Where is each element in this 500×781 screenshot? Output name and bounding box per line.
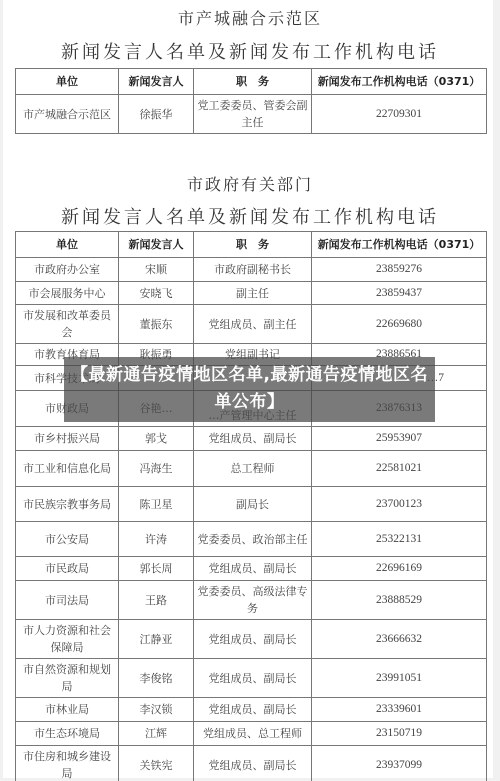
cell-unit: 市人力资源和社会保障局 bbox=[16, 620, 119, 659]
cell-phone: 23339601 bbox=[312, 698, 487, 722]
cell-spokesperson: 董振东 bbox=[119, 305, 194, 344]
section2-table: 单位 新闻发言人 职 务 新闻发布工作机构电话（0371） 市政府办公室宋顺市政… bbox=[15, 231, 487, 781]
cell-unit: 市民政局 bbox=[16, 557, 119, 581]
cell-spokesperson: 安晓飞 bbox=[119, 282, 194, 305]
table-row: 市生态环境局江辉党组成员、总工程师23150719 bbox=[16, 722, 487, 746]
cell-phone: 23700123 bbox=[312, 487, 487, 522]
cell-position: 党组成员、总工程师 bbox=[194, 722, 312, 746]
cell-unit: 市司法局 bbox=[16, 581, 119, 620]
cell-unit: 市产城融合示范区 bbox=[16, 95, 119, 134]
table-row: 市人力资源和社会保障局江静亚党组成员、副局长23666632 bbox=[16, 620, 487, 659]
cell-position: 市政府副秘书长 bbox=[194, 258, 312, 282]
cell-phone: 25322131 bbox=[312, 522, 487, 557]
table-header-row: 单位 新闻发言人 职 务 新闻发布工作机构电话（0371） bbox=[16, 69, 487, 95]
cell-position: 总工程师 bbox=[194, 451, 312, 487]
table-header-row: 单位 新闻发言人 职 务 新闻发布工作机构电话（0371） bbox=[16, 232, 487, 258]
cell-phone: 23859276 bbox=[312, 258, 487, 282]
cell-phone: 23859437 bbox=[312, 282, 487, 305]
cell-spokesperson: 徐振华 bbox=[119, 95, 194, 134]
cell-unit: 市公安局 bbox=[16, 522, 119, 557]
cell-phone: 22709301 bbox=[312, 95, 487, 134]
cell-unit: 市自然资源和规划局 bbox=[16, 659, 119, 698]
header-position: 职 务 bbox=[194, 232, 312, 258]
section1-table: 单位 新闻发言人 职 务 新闻发布工作机构电话（0371） 市产城融合示范区 徐… bbox=[15, 68, 487, 134]
cell-unit: 市住房和城乡建设局 bbox=[16, 746, 119, 781]
table-row: 市自然资源和规划局李俊铭党组成员、副局长23991051 bbox=[16, 659, 487, 698]
cell-spokesperson: 宋顺 bbox=[119, 258, 194, 282]
header-phone: 新闻发布工作机构电话（0371） bbox=[312, 69, 487, 95]
cell-spokesperson: 江静亚 bbox=[119, 620, 194, 659]
cell-spokesperson: 冯海生 bbox=[119, 451, 194, 487]
cell-position: 副局长 bbox=[194, 487, 312, 522]
cell-position: 党组成员、副局长 bbox=[194, 698, 312, 722]
cell-phone: 23937099 bbox=[312, 746, 487, 781]
header-unit: 单位 bbox=[16, 69, 119, 95]
cell-position: 党工委委员、管委会副主任 bbox=[194, 95, 312, 134]
headline-overlay-banner: 【最新通告疫情地区名单,最新通告疫情地区名单公布】 bbox=[64, 357, 435, 422]
section2-title: 市政府有关部门 bbox=[0, 172, 500, 195]
cell-position: 党委委员、高级法律专务 bbox=[194, 581, 312, 620]
cell-position: 党组成员、副局长 bbox=[194, 427, 312, 451]
cell-spokesperson: 陈卫星 bbox=[119, 487, 194, 522]
cell-position: 党组成员、副局长 bbox=[194, 620, 312, 659]
cell-spokesperson: 关铁宪 bbox=[119, 746, 194, 781]
table-row: 市乡村振兴局郭戈党组成员、副局长25953907 bbox=[16, 427, 487, 451]
cell-phone: 22581021 bbox=[312, 451, 487, 487]
cell-unit: 市发展和改革委员会 bbox=[16, 305, 119, 344]
cell-unit: 市林业局 bbox=[16, 698, 119, 722]
cell-spokesperson: 郭戈 bbox=[119, 427, 194, 451]
cell-phone: 25953907 bbox=[312, 427, 487, 451]
header-position: 职 务 bbox=[194, 69, 312, 95]
cell-position: 副主任 bbox=[194, 282, 312, 305]
cell-unit: 市乡村振兴局 bbox=[16, 427, 119, 451]
section2-subtitle: 新闻发言人名单及新闻发布工作机构电话 bbox=[0, 203, 500, 229]
cell-unit: 市民族宗教事务局 bbox=[16, 487, 119, 522]
table-row: 市民族宗教事务局陈卫星副局长23700123 bbox=[16, 487, 487, 522]
cell-spokesperson: 李汉锁 bbox=[119, 698, 194, 722]
cell-phone: 22696169 bbox=[312, 557, 487, 581]
cell-phone: 23888529 bbox=[312, 581, 487, 620]
cell-spokesperson: 江辉 bbox=[119, 722, 194, 746]
table-row: 市会展服务中心安晓飞副主任23859437 bbox=[16, 282, 487, 305]
cell-spokesperson: 郭长周 bbox=[119, 557, 194, 581]
cell-position: 党组成员、副局长 bbox=[194, 557, 312, 581]
header-spokesperson: 新闻发言人 bbox=[119, 232, 194, 258]
cell-phone: 23666632 bbox=[312, 620, 487, 659]
cell-spokesperson: 许涛 bbox=[119, 522, 194, 557]
header-phone: 新闻发布工作机构电话（0371） bbox=[312, 232, 487, 258]
cell-unit: 市生态环境局 bbox=[16, 722, 119, 746]
table-row: 市产城融合示范区 徐振华 党工委委员、管委会副主任 22709301 bbox=[16, 95, 487, 134]
table-row: 市林业局李汉锁党组成员、副局长23339601 bbox=[16, 698, 487, 722]
table-row: 市司法局王路党委委员、高级法律专务23888529 bbox=[16, 581, 487, 620]
cell-position: 党组成员、副主任 bbox=[194, 305, 312, 344]
cell-phone: 22669680 bbox=[312, 305, 487, 344]
table-row: 市政府办公室宋顺市政府副秘书长23859276 bbox=[16, 258, 487, 282]
cell-phone: 23150719 bbox=[312, 722, 487, 746]
cell-unit: 市会展服务中心 bbox=[16, 282, 119, 305]
cell-position: 党组成员、副局长 bbox=[194, 746, 312, 781]
table-row: 市住房和城乡建设局关铁宪党组成员、副局长23937099 bbox=[16, 746, 487, 781]
header-unit: 单位 bbox=[16, 232, 119, 258]
table-row: 市工业和信息化局冯海生总工程师22581021 bbox=[16, 451, 487, 487]
table-row: 市发展和改革委员会董振东党组成员、副主任22669680 bbox=[16, 305, 487, 344]
cell-position: 党委委员、政治部主任 bbox=[194, 522, 312, 557]
cell-position: 党组成员、副局长 bbox=[194, 659, 312, 698]
section1-title: 市产城融合示范区 bbox=[0, 6, 500, 29]
cell-phone: 23991051 bbox=[312, 659, 487, 698]
cell-unit: 市工业和信息化局 bbox=[16, 451, 119, 487]
section1-subtitle: 新闻发言人名单及新闻发布工作机构电话 bbox=[0, 38, 500, 64]
table-row: 市民政局郭长周党组成员、副局长22696169 bbox=[16, 557, 487, 581]
header-spokesperson: 新闻发言人 bbox=[119, 69, 194, 95]
table-row: 市公安局许涛党委委员、政治部主任25322131 bbox=[16, 522, 487, 557]
cell-unit: 市政府办公室 bbox=[16, 258, 119, 282]
cell-spokesperson: 李俊铭 bbox=[119, 659, 194, 698]
cell-spokesperson: 王路 bbox=[119, 581, 194, 620]
